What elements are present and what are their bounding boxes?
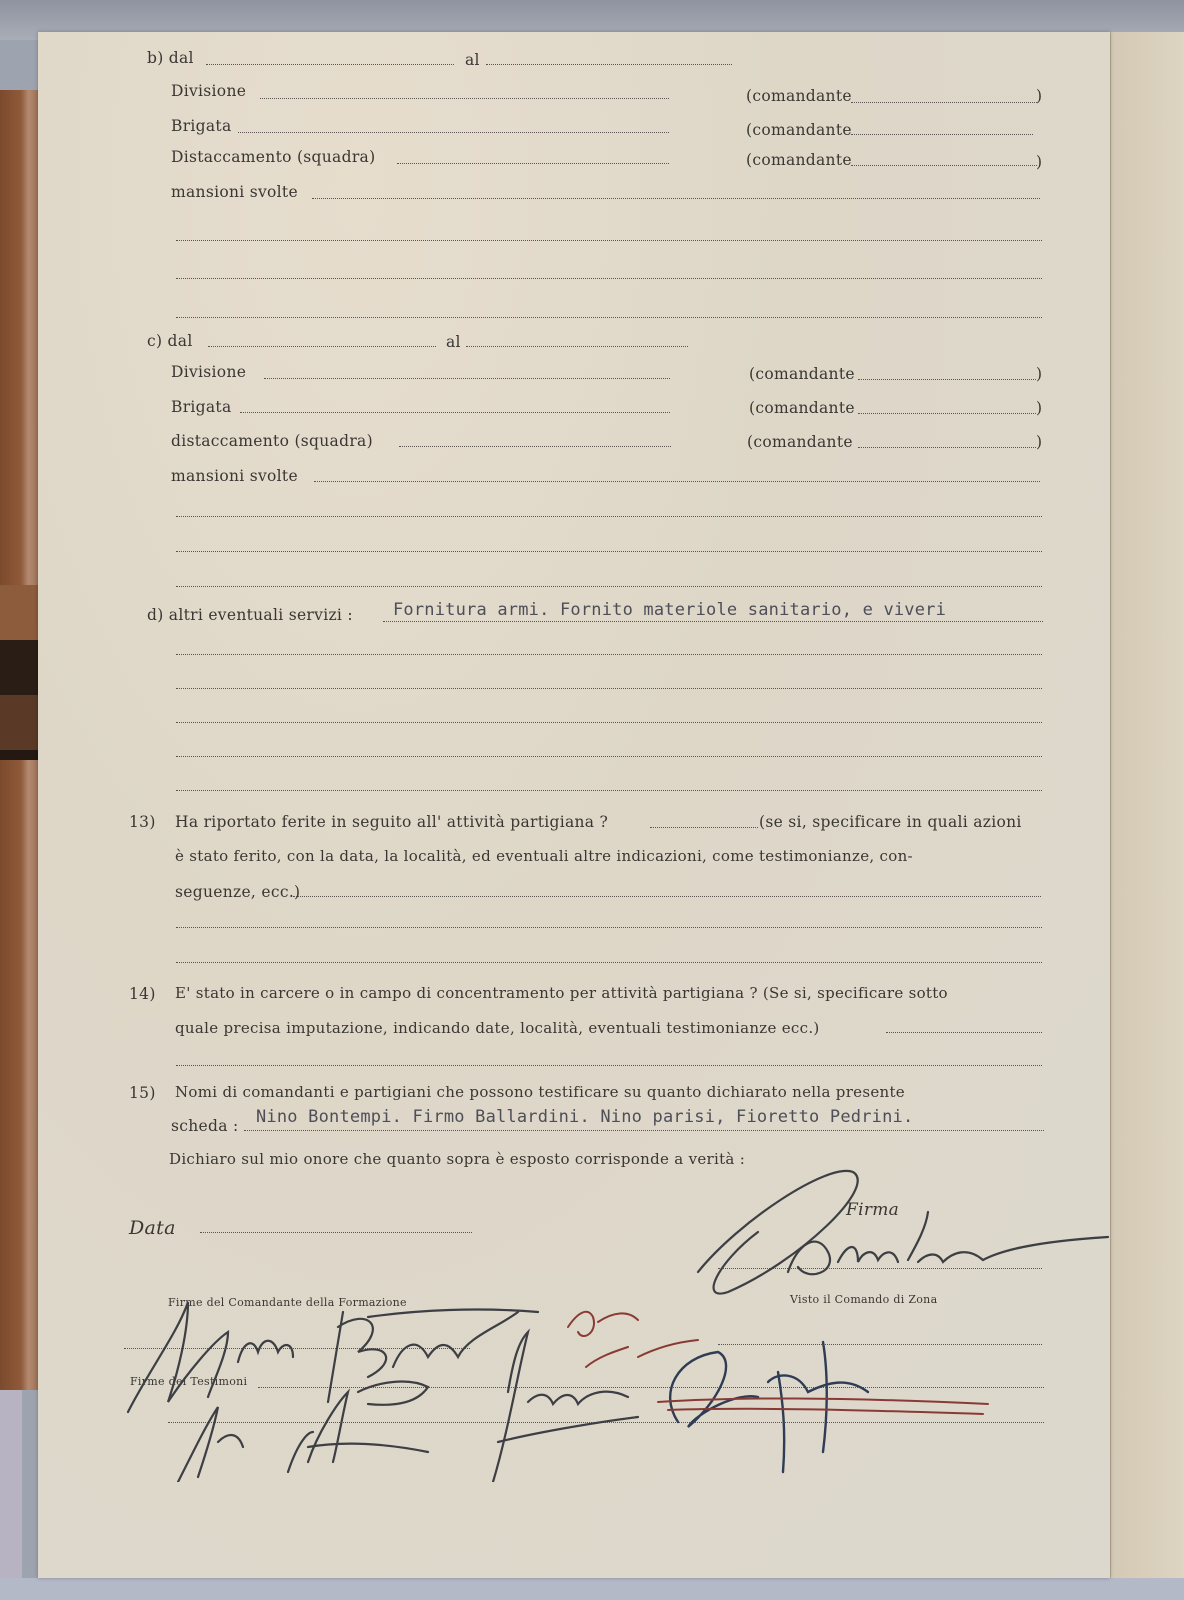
q14-line[interactable] <box>176 1065 1042 1066</box>
section-c-mansioni-line[interactable] <box>176 586 1042 587</box>
q13-line2: è stato ferito, con la data, la località… <box>175 847 913 865</box>
q14-field[interactable] <box>886 1032 1042 1033</box>
section-b-mansioni-line[interactable] <box>176 278 1042 279</box>
section-b-divisione-comandante-field[interactable] <box>851 102 1037 103</box>
section-c-brigata-label: Brigata <box>171 398 232 416</box>
q14-number: 14) <box>129 985 156 1003</box>
section-b-divisione-comandante-label: (comandante <box>746 87 852 105</box>
section-c-divisione-label: Divisione <box>171 363 246 381</box>
background-bottom <box>0 1578 1184 1600</box>
section-c-dal-label: c) dal <box>147 332 193 350</box>
q14-line1: E' stato in carcere o in campo di concen… <box>175 984 948 1002</box>
section-d-field[interactable] <box>383 621 1043 622</box>
section-b-mansioni-line[interactable] <box>176 240 1042 241</box>
q15-scheda-label: scheda : <box>171 1117 239 1135</box>
section-c-divisione-field[interactable] <box>264 378 670 379</box>
q15-field[interactable] <box>244 1130 1044 1131</box>
q13-line[interactable] <box>176 962 1042 963</box>
visto-comando-label: Visto il Comando di Zona <box>790 1293 937 1306</box>
section-c-brigata-field[interactable] <box>240 412 670 413</box>
section-b-al-field[interactable] <box>486 64 732 65</box>
testimoni-label: Firme dei Testimoni <box>130 1375 247 1388</box>
section-d-typed-value[interactable]: Fornitura armi. Fornito materiole sanita… <box>393 600 946 620</box>
section-d-line[interactable] <box>176 688 1042 689</box>
binder-band <box>0 640 38 695</box>
handwritten-signatures <box>38 1142 1110 1482</box>
firma-label: Firma <box>846 1200 899 1220</box>
q14-line2: quale precisa imputazione, indicando dat… <box>175 1019 820 1037</box>
section-b-dal-label: b) dal <box>147 49 194 67</box>
comandante-formazione-field[interactable] <box>124 1348 470 1349</box>
comandante-formazione-label: Firme del Comandante della Formazione <box>168 1296 407 1309</box>
binder-band <box>0 750 38 760</box>
section-c-al-field[interactable] <box>466 346 688 347</box>
section-d-label: d) altri eventuali servizi : <box>147 606 353 624</box>
section-b-brigata-comandante-field[interactable] <box>851 134 1033 135</box>
section-b-mansioni-field[interactable] <box>312 198 1040 199</box>
ribbon <box>0 1390 22 1580</box>
firma-field[interactable] <box>718 1268 1042 1269</box>
section-b-mansioni-label: mansioni svolte <box>171 183 298 201</box>
document-page: b) dal al Divisione (comandante ) Brigat… <box>38 32 1110 1578</box>
section-b-distaccamento-label: Distaccamento (squadra) <box>171 148 375 166</box>
q13-line1b: (se si, specificare in quali azioni <box>759 813 1022 831</box>
section-c-divisione-comandante-label: (comandante <box>749 365 855 383</box>
section-b-divisione-label: Divisione <box>171 82 246 100</box>
section-c-mansioni-line[interactable] <box>176 551 1042 552</box>
testimoni-field-2[interactable] <box>168 1422 1044 1423</box>
section-d-line[interactable] <box>176 756 1042 757</box>
section-c-distaccamento-label: distaccamento (squadra) <box>171 432 373 450</box>
section-c-al-label: al <box>446 333 461 351</box>
section-b-mansioni-line[interactable] <box>176 317 1042 318</box>
section-b-brigata-field[interactable] <box>238 132 669 133</box>
data-field[interactable] <box>200 1232 472 1233</box>
close-paren: ) <box>1036 399 1042 417</box>
q15-typed-value[interactable]: Nino Bontempi. Firmo Ballardini. Nino pa… <box>256 1107 913 1127</box>
q13-field[interactable] <box>293 896 1041 897</box>
section-c-distaccamento-field[interactable] <box>399 446 671 447</box>
section-b-brigata-comandante-label: (comandante <box>746 121 852 139</box>
section-c-brigata-comandante-label: (comandante <box>749 399 855 417</box>
section-c-distaccamento-comandante-label: (comandante <box>747 433 853 451</box>
testimoni-field-1[interactable] <box>258 1387 1044 1388</box>
binder-band <box>0 695 38 750</box>
q13-line1: Ha riportato ferite in seguito all' atti… <box>175 813 608 831</box>
binder-band <box>0 585 38 640</box>
close-paren: ) <box>1036 365 1042 383</box>
section-b-dal-field[interactable] <box>206 64 454 65</box>
section-b-al-label: al <box>465 51 480 69</box>
section-d-line[interactable] <box>176 654 1042 655</box>
section-b-distaccamento-comandante-label: (comandante <box>746 151 852 169</box>
q13-line[interactable] <box>176 927 1042 928</box>
binder-spine <box>0 90 38 1390</box>
section-c-distaccamento-comandante-field[interactable] <box>858 447 1036 448</box>
q13-number: 13) <box>129 813 156 831</box>
section-c-dal-field[interactable] <box>208 346 436 347</box>
q15-line1: Nomi di comandanti e partigiani che poss… <box>175 1083 905 1101</box>
q13-answer-field[interactable] <box>650 827 758 828</box>
visto-comando-field[interactable] <box>718 1344 1042 1345</box>
q15-number: 15) <box>129 1084 156 1102</box>
section-d-line[interactable] <box>176 722 1042 723</box>
close-paren: ) <box>1036 87 1042 105</box>
close-paren: ) <box>1036 433 1042 451</box>
section-b-brigata-label: Brigata <box>171 117 232 135</box>
q13-line3: seguenze, ecc.) <box>175 883 300 901</box>
close-paren: ) <box>1036 153 1042 171</box>
section-c-brigata-comandante-field[interactable] <box>858 413 1036 414</box>
section-c-mansioni-label: mansioni svolte <box>171 467 298 485</box>
data-label: Data <box>129 1217 176 1239</box>
declaration-text: Dichiaro sul mio onore che quanto sopra … <box>169 1150 745 1168</box>
section-d-line[interactable] <box>176 790 1042 791</box>
section-b-distaccamento-field[interactable] <box>397 163 669 164</box>
section-b-distaccamento-comandante-field[interactable] <box>851 165 1037 166</box>
section-c-mansioni-line[interactable] <box>176 516 1042 517</box>
section-c-divisione-comandante-field[interactable] <box>858 379 1036 380</box>
section-b-divisione-field[interactable] <box>260 98 669 99</box>
section-c-mansioni-field[interactable] <box>314 481 1040 482</box>
next-page-edge <box>1110 32 1184 1578</box>
